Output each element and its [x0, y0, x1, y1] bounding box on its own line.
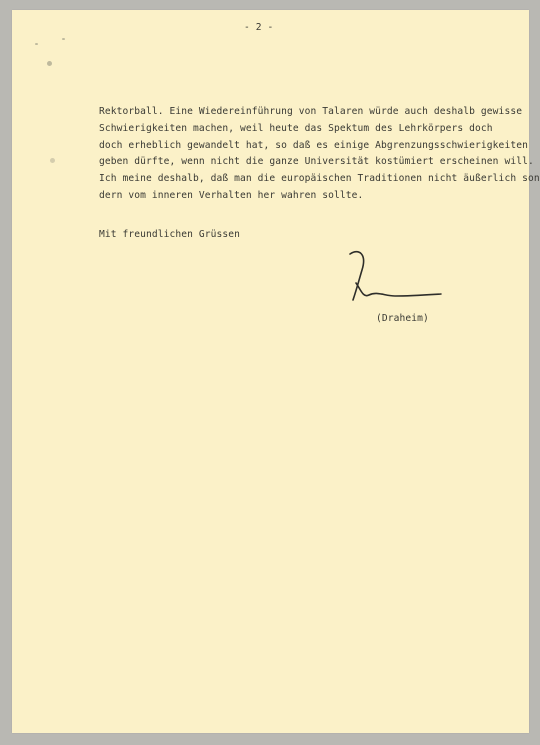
page-number: - 2 - [244, 22, 273, 33]
signer-name: (Draheim) [376, 313, 429, 324]
paper-speck [62, 38, 65, 40]
letter-body: Rektorball. Eine Wiedereinführung von Ta… [99, 104, 519, 205]
paper-speck [50, 158, 55, 163]
body-line: doch erheblich gewandelt hat, so daß es … [99, 138, 519, 155]
body-line: Ich meine deshalb, daß man die europäisc… [99, 171, 519, 188]
closing-salutation: Mit freundlichen Grüssen [99, 229, 240, 240]
paper-speck [47, 61, 52, 66]
body-line: geben dürfte, wenn nicht die ganze Unive… [99, 154, 519, 171]
signature-icon [345, 248, 445, 308]
body-line: Schwierigkeiten machen, weil heute das S… [99, 121, 519, 138]
paper-speck [35, 43, 38, 45]
body-line: dern vom inneren Verhalten her wahren so… [99, 188, 519, 205]
body-line: Rektorball. Eine Wiedereinführung von Ta… [99, 104, 519, 121]
